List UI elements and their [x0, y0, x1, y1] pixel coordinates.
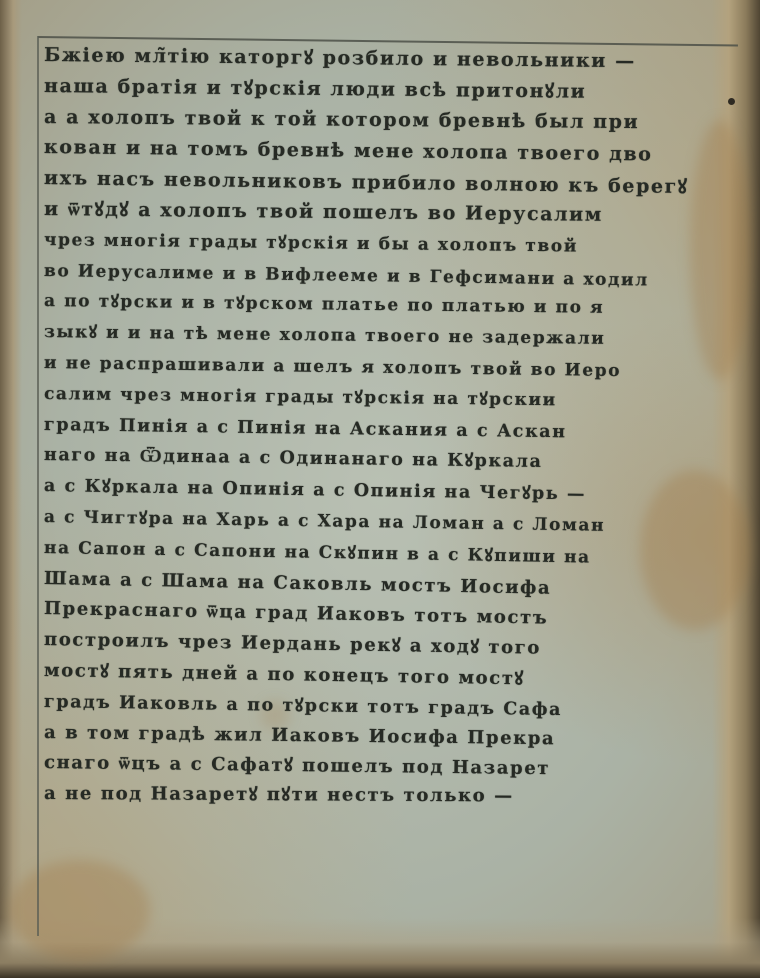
left-page-edge [0, 0, 22, 978]
ink-dot [728, 98, 735, 105]
water-stain [10, 860, 150, 960]
left-margin-line [37, 36, 39, 936]
manuscript-text: Бжіею мл̃тію каторгꙋ розбило и невольник… [44, 40, 704, 810]
manuscript-page: Бжіею мл̃тію каторгꙋ розбило и невольник… [0, 0, 760, 978]
text-line: а не под Назаретꙋ пꙋти нестъ только — [44, 779, 704, 813]
